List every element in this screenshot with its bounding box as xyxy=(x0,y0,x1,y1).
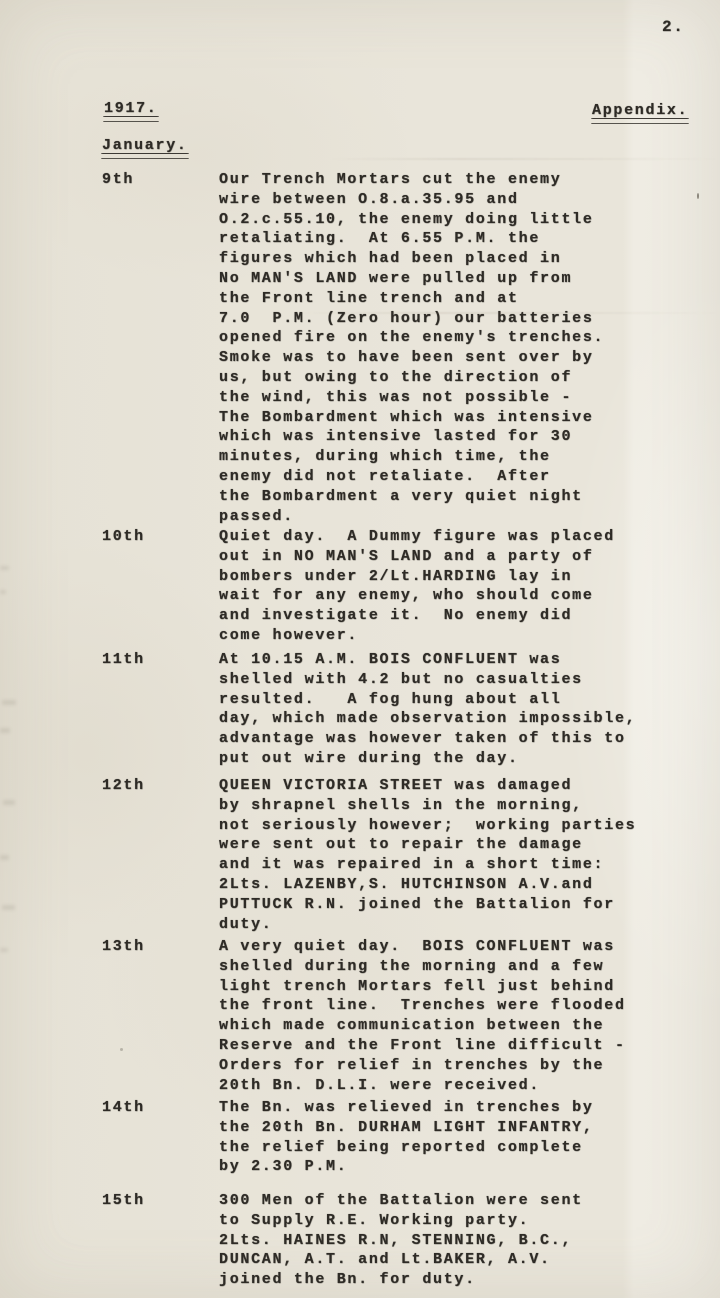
bleed-through-mark xyxy=(0,590,6,594)
entry-line: shelled with 4.2 but no casualties xyxy=(219,670,659,690)
entry-line: come however. xyxy=(219,626,659,646)
entry-text: 300 Men of the Battalion were sentto Sup… xyxy=(219,1191,659,1290)
entry-day-label: 15th xyxy=(102,1191,145,1211)
entry-line: out in NO MAN'S LAND and a party of xyxy=(219,547,659,567)
entry-line: duty. xyxy=(219,915,659,935)
entry-line: PUTTUCK R.N. joined the Battalion for xyxy=(219,895,659,915)
entry-line: wire between O.8.a.35.95 and xyxy=(219,190,659,210)
entry-line: were sent out to repair the damage xyxy=(219,835,659,855)
entry-line: The Bn. was relieved in trenches by xyxy=(219,1098,659,1118)
entry-line: 2Lts. HAINES R.N, STENNING, B.C., xyxy=(219,1231,659,1251)
entry-line: Quiet day. A Dummy figure was placed xyxy=(219,527,659,547)
entry-line: by shrapnel shells in the morning, xyxy=(219,796,659,816)
header-appendix: Appendix. xyxy=(592,101,688,123)
entry-line: the front line. Trenches were flooded xyxy=(219,996,659,1016)
header-year-text: 1917. xyxy=(104,99,158,121)
header-appendix-text: Appendix. xyxy=(592,101,688,123)
entry-line: figures which had been placed in xyxy=(219,249,659,269)
entry-line: the Front line trench and at xyxy=(219,289,659,309)
bleed-through-mark xyxy=(0,948,8,952)
entry-line: O.2.c.55.10, the enemy doing little xyxy=(219,210,659,230)
paper-crease xyxy=(330,158,720,160)
entry-line: Reserve and the Front line difficult - xyxy=(219,1036,659,1056)
ink-fleck xyxy=(697,193,699,199)
entry-line: 300 Men of the Battalion were sent xyxy=(219,1191,659,1211)
entry-line: which was intensive lasted for 30 xyxy=(219,427,659,447)
entry-line: passed. xyxy=(219,507,659,527)
entry-day-label: 14th xyxy=(102,1098,145,1118)
bleed-through-mark xyxy=(2,905,15,910)
entry-text: A very quiet day. BOIS CONFLUENT wasshel… xyxy=(219,937,659,1095)
entry-line: shelled during the morning and a few xyxy=(219,957,659,977)
entry-line: the wind, this was not possible - xyxy=(219,388,659,408)
bleed-through-mark xyxy=(0,728,10,733)
entry-line: opened fire on the enemy's trenches. xyxy=(219,328,659,348)
diary-page: 2. 1917. Appendix. January. 9th Our Tren… xyxy=(0,0,720,1298)
entry-line: Our Trench Mortars cut the enemy xyxy=(219,170,659,190)
entry-line: enemy did not retaliate. After xyxy=(219,467,659,487)
paper-crease xyxy=(300,312,720,314)
bleed-through-mark xyxy=(3,800,15,805)
entry-day-label: 9th xyxy=(102,170,134,190)
header-year: 1917. xyxy=(104,99,158,121)
entry-line: the 20th Bn. DURHAM LIGHT INFANTRY, xyxy=(219,1118,659,1138)
bleed-through-mark xyxy=(0,855,9,860)
entry-text: The Bn. was relieved in trenches bythe 2… xyxy=(219,1098,659,1177)
entry-line: No MAN'S LAND were pulled up from xyxy=(219,269,659,289)
entry-line: advantage was however taken of this to xyxy=(219,729,659,749)
entry-line: Smoke was to have been sent over by xyxy=(219,348,659,368)
entry-text: At 10.15 A.M. BOIS CONFLUENT wasshelled … xyxy=(219,650,659,769)
entry-line: by 2.30 P.M. xyxy=(219,1157,659,1177)
entry-line: retaliating. At 6.55 P.M. the xyxy=(219,229,659,249)
entry-line: the relief being reported complete xyxy=(219,1138,659,1158)
entry-line: At 10.15 A.M. BOIS CONFLUENT was xyxy=(219,650,659,670)
entry-line: minutes, during which time, the xyxy=(219,447,659,467)
ink-fleck xyxy=(120,1048,123,1051)
entry-line: 2Lts. LAZENBY,S. HUTCHINSON A.V.and xyxy=(219,875,659,895)
entry-day-label: 10th xyxy=(102,527,145,547)
entry-line: The Bombardment which was intensive xyxy=(219,408,659,428)
entry-line: 20th Bn. D.L.I. were received. xyxy=(219,1076,659,1096)
entry-line: joined the Bn. for duty. xyxy=(219,1270,659,1290)
header-month-text: January. xyxy=(102,136,188,158)
entry-line: Orders for relief in trenches by the xyxy=(219,1056,659,1076)
bleed-through-mark xyxy=(2,700,16,705)
entry-line: A very quiet day. BOIS CONFLUENT was xyxy=(219,937,659,957)
header-month: January. xyxy=(102,136,188,158)
entry-line: wait for any enemy, who should come xyxy=(219,586,659,606)
entry-text: QUEEN VICTORIA STREET was damagedby shra… xyxy=(219,776,659,934)
entry-line: resulted. A fog hung about all xyxy=(219,690,659,710)
entry-line: bombers under 2/Lt.HARDING lay in xyxy=(219,567,659,587)
entry-text: Our Trench Mortars cut the enemywire bet… xyxy=(219,170,659,526)
entry-line: light trench Mortars fell just behind xyxy=(219,977,659,997)
entry-line: the Bombardment a very quiet night xyxy=(219,487,659,507)
entry-day-label: 13th xyxy=(102,937,145,957)
entry-text: Quiet day. A Dummy figure was placedout … xyxy=(219,527,659,646)
entry-line: day, which made observation impossible, xyxy=(219,709,659,729)
entry-day-label: 12th xyxy=(102,776,145,796)
entry-line: to Supply R.E. Working party. xyxy=(219,1211,659,1231)
page-number: 2. xyxy=(662,18,685,38)
entry-day-label: 11th xyxy=(102,650,145,670)
entry-line: which made communication between the xyxy=(219,1016,659,1036)
entry-line: and it was repaired in a short time: xyxy=(219,855,659,875)
entry-line: put out wire during the day. xyxy=(219,749,659,769)
entry-line: DUNCAN, A.T. and Lt.BAKER, A.V. xyxy=(219,1250,659,1270)
entry-line: not seriously however; working parties xyxy=(219,816,659,836)
entry-line: and investigate it. No enemy did xyxy=(219,606,659,626)
entry-line: QUEEN VICTORIA STREET was damaged xyxy=(219,776,659,796)
bleed-through-mark xyxy=(0,566,9,570)
entry-line: us, but owing to the direction of xyxy=(219,368,659,388)
